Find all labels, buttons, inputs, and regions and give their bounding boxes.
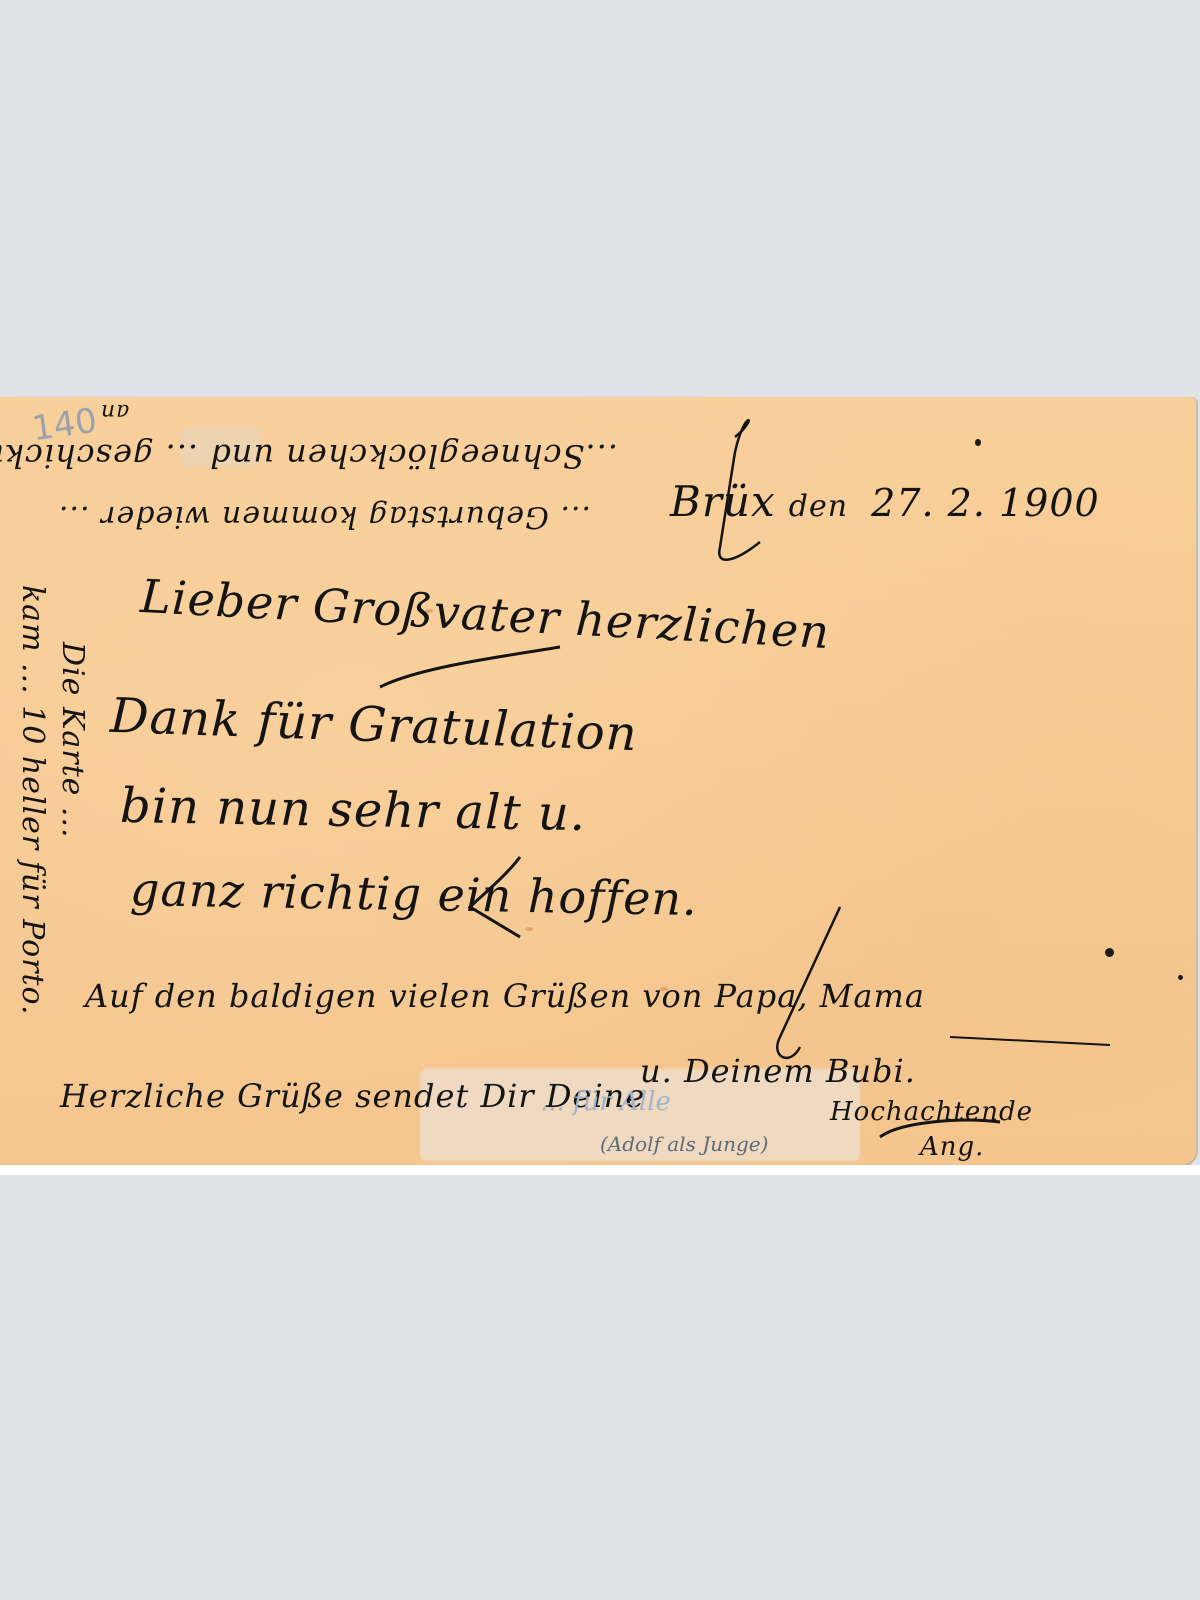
ink-dot (975, 439, 981, 446)
initials: Ang. (920, 1132, 984, 1162)
body-line-4: ganz richtig ein hoffen. (130, 862, 699, 926)
closing-line-2: u. Deinem Bubi. (640, 1052, 916, 1090)
blue-pencil-line-1: ... für Alle (540, 1087, 671, 1117)
rust-spot (525, 927, 533, 931)
upside-down-line-2: ...Schneeglöckchen und ... geschickt (8, 437, 618, 475)
date: 27. 2. 1900 (871, 481, 1100, 525)
ink-dot (1105, 948, 1114, 957)
margin-vertical-line-2: kam ... 10 heller für Porto. (15, 585, 50, 1016)
upside-down-line-1: an (100, 399, 129, 424)
date-word: den (789, 489, 848, 524)
place: Brüx (670, 477, 776, 526)
ink-dot (1178, 975, 1183, 980)
scan-edge (0, 1165, 1200, 1175)
closing-line-1: Auf den baldigen vielen Grüßen von Papa,… (85, 977, 925, 1015)
body-line-3: bin nun sehr alt u. (120, 778, 587, 842)
place-and-date: Brüx den 27. 2. 1900 (670, 477, 1100, 526)
document-viewer: 140 an ...Schneeglöckchen und ... geschi… (0, 0, 1200, 1600)
postcard: 140 an ...Schneeglöckchen und ... geschi… (0, 397, 1196, 1165)
margin-vertical-line-1: Die Karte ... (55, 642, 90, 839)
body-line-1: Lieber Großvater herzlichen (139, 569, 831, 659)
body-line-2: Dank für Gratulation (109, 688, 638, 762)
signature: Hochachtende (830, 1097, 1033, 1127)
upside-down-line-3: ... Geburtstag kommen wieder ... (12, 499, 637, 534)
blue-pencil-line-2: (Adolf als Junge) (600, 1132, 768, 1156)
